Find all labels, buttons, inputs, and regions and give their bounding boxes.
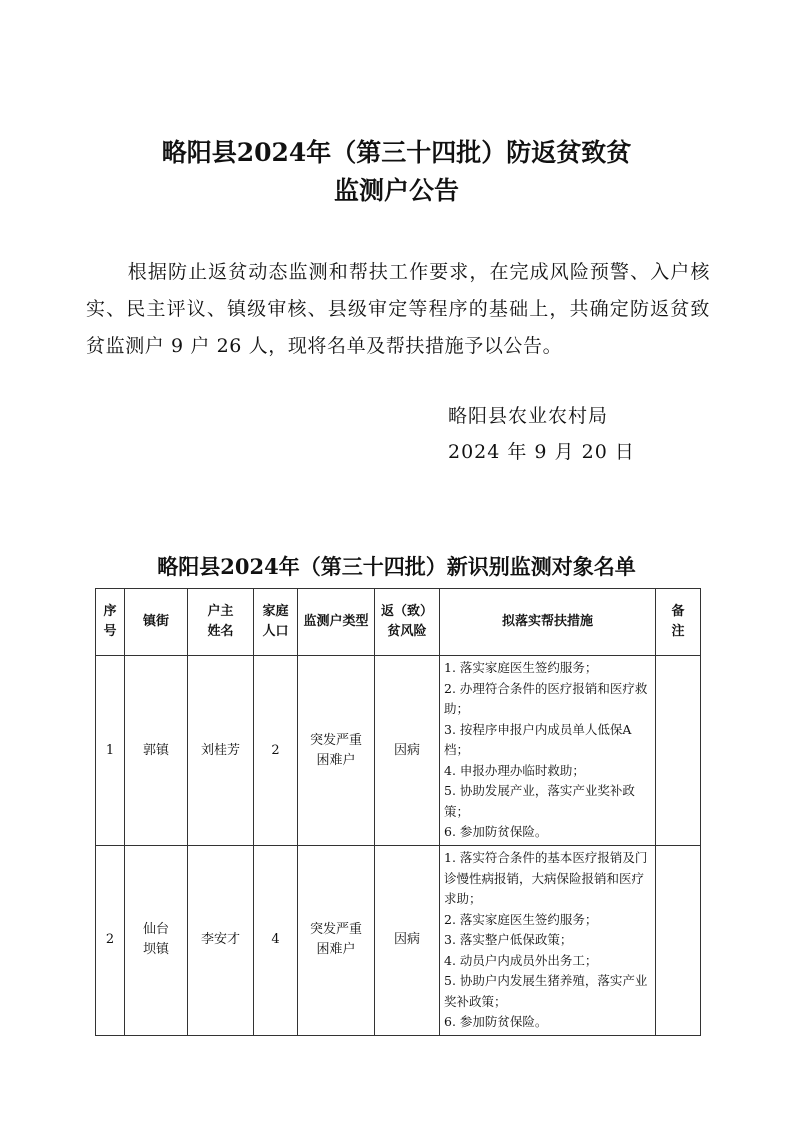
- measure-item: 4. 申报办理办临时救助；: [444, 761, 651, 782]
- measure-item: 1. 落实家庭医生签约服务；: [444, 658, 651, 679]
- measure-item: 6. 参加防贫保险。: [444, 1012, 651, 1033]
- cell-seq: 1: [96, 656, 125, 846]
- table-title: 略阳县2024年（第三十四批）新识别监测对象名单: [0, 552, 793, 582]
- measure-item: 3. 按程序申报户内成员单人低保A档；: [444, 720, 651, 761]
- cell-risk: 因病: [375, 656, 440, 846]
- header-town: 镇街: [125, 589, 188, 656]
- cell-size: 4: [254, 846, 298, 1036]
- table-header-row: 序号 镇街 户主姓名 家庭人口 监测户类型 返（致）贫风险 拟落实帮扶措施 备注: [96, 589, 701, 656]
- cell-seq: 2: [96, 846, 125, 1036]
- header-type: 监测户类型: [298, 589, 375, 656]
- cell-head: 刘桂芳: [188, 656, 254, 846]
- cell-head: 李安才: [188, 846, 254, 1036]
- measure-item: 5. 协助发展产业，落实产业奖补政策；: [444, 781, 651, 822]
- measure-item: 1. 落实符合条件的基本医疗报销及门诊慢性病报销，大病保险报销和医疗求助；: [444, 848, 651, 910]
- cell-town: 仙台坝镇: [125, 846, 188, 1036]
- measure-item: 2. 办理符合条件的医疗报销和医疗救助；: [444, 679, 651, 720]
- monitoring-roster-table: 序号 镇街 户主姓名 家庭人口 监测户类型 返（致）贫风险 拟落实帮扶措施 备注…: [95, 588, 701, 1036]
- signature-block: 略阳县农业农村局 2024 年 9 月 20 日: [448, 398, 635, 470]
- cell-measures: 1. 落实家庭医生签约服务； 2. 办理符合条件的医疗报销和医疗救助； 3. 按…: [440, 656, 656, 846]
- cell-measures: 1. 落实符合条件的基本医疗报销及门诊慢性病报销，大病保险报销和医疗求助； 2.…: [440, 846, 656, 1036]
- table-row: 2 仙台坝镇 李安才 4 突发严重困难户 因病 1. 落实符合条件的基本医疗报销…: [96, 846, 701, 1036]
- cell-town: 郭镇: [125, 656, 188, 846]
- header-seq: 序号: [96, 589, 125, 656]
- cell-size: 2: [254, 656, 298, 846]
- header-risk: 返（致）贫风险: [375, 589, 440, 656]
- table-row: 1 郭镇 刘桂芳 2 突发严重困难户 因病 1. 落实家庭医生签约服务； 2. …: [96, 656, 701, 846]
- cell-note: [656, 656, 701, 846]
- header-note: 备注: [656, 589, 701, 656]
- announcement-body: 根据防止返贫动态监测和帮扶工作要求，在完成风险预警、入户核实、民主评议、镇级审核…: [86, 254, 710, 365]
- document-title: 略阳县2024年（第三十四批）防返贫致贫 监测户公告: [0, 134, 793, 210]
- measure-item: 4. 动员户内成员外出务工；: [444, 951, 651, 972]
- title-line-1: 略阳县2024年（第三十四批）防返贫致贫: [0, 134, 793, 172]
- measure-item: 6. 参加防贫保险。: [444, 822, 651, 843]
- cell-note: [656, 846, 701, 1036]
- cell-type: 突发严重困难户: [298, 656, 375, 846]
- cell-type: 突发严重困难户: [298, 846, 375, 1036]
- header-measures: 拟落实帮扶措施: [440, 589, 656, 656]
- title-line-2: 监测户公告: [0, 172, 793, 210]
- header-size: 家庭人口: [254, 589, 298, 656]
- issuer: 略阳县农业农村局: [448, 398, 635, 434]
- measure-item: 5. 协助户内发展生猪养殖，落实产业奖补政策；: [444, 971, 651, 1012]
- measure-item: 2. 落实家庭医生签约服务；: [444, 910, 651, 931]
- measure-item: 3. 落实整户低保政策；: [444, 930, 651, 951]
- announcement-paragraph: 根据防止返贫动态监测和帮扶工作要求，在完成风险预警、入户核实、民主评议、镇级审核…: [86, 254, 710, 365]
- issue-date: 2024 年 9 月 20 日: [448, 434, 635, 470]
- header-head: 户主姓名: [188, 589, 254, 656]
- cell-risk: 因病: [375, 846, 440, 1036]
